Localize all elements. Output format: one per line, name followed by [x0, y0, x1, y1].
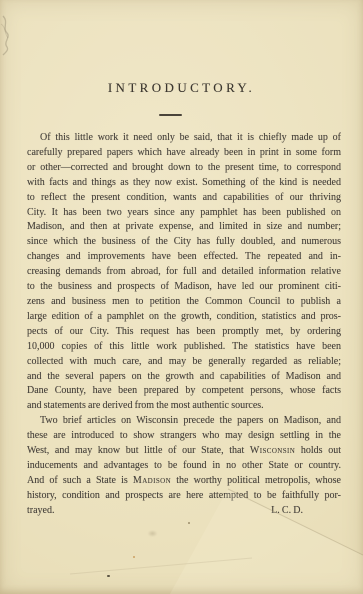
text-line: Madison, and then at private expense, an… — [27, 220, 341, 235]
scan-speck — [107, 575, 110, 577]
text-line: Of this little work it need only be said… — [27, 131, 341, 146]
text-segment: City. It has been two years since any pa… — [27, 207, 341, 218]
text-line: creasing demands from abroad, for full a… — [27, 265, 341, 280]
text-segment: inducements and advantages to be found i… — [27, 460, 341, 471]
text-segment: changes and improvements have been effec… — [27, 251, 341, 262]
text-segment: Dane County, have been prepared by compe… — [27, 385, 341, 396]
paragraph: Of this little work it need only be said… — [27, 131, 341, 414]
text-segment: holds out — [295, 445, 341, 456]
small-caps-word: Wisconsin — [250, 445, 295, 456]
paragraph: Two brief articles on Wisconsin precede … — [27, 414, 341, 518]
book-page: INTRODUCTORY. Of this little work it nee… — [0, 0, 363, 594]
text-segment: to the business and prospects of Madison… — [27, 281, 341, 292]
text-line: with facts and things as they now exist.… — [27, 176, 341, 191]
text-line: since which the business of the City has… — [27, 235, 341, 250]
text-segment: since which the business of the City has… — [27, 236, 341, 247]
text-segment: collected with much care, and may be gen… — [27, 356, 341, 367]
text-line: these are introduced to show strangers w… — [27, 429, 341, 444]
text-line: pects of our City. This request has been… — [27, 325, 341, 340]
text-line: and the several papers on the growth and… — [27, 370, 341, 385]
text-segment: Of this little work it need only be said… — [40, 132, 341, 143]
text-segment: history, condition and prospects are her… — [27, 490, 341, 501]
text-segment: these are introduced to show strangers w… — [27, 430, 341, 441]
text-segment: zens and business men to petition the Co… — [27, 296, 341, 307]
small-caps-word: Madison — [133, 475, 171, 486]
scan-speck — [133, 556, 135, 558]
page-title: INTRODUCTORY. — [0, 80, 363, 96]
text-line: or other—corrected and brought down to t… — [27, 161, 341, 176]
text-line: inducements and advantages to be found i… — [27, 459, 341, 474]
text-line: carefully prepared papers which have alr… — [27, 146, 341, 161]
title-rule — [159, 114, 182, 116]
text-line: large edition of a pamphlet on the growt… — [27, 310, 341, 325]
text-line: zens and business men to petition the Co… — [27, 295, 341, 310]
text-segment: or other—corrected and brought down to t… — [27, 162, 341, 173]
text-line: 10,000 copies of this little work publis… — [27, 340, 341, 355]
text-segment: Madison, and then at private expense, an… — [27, 221, 341, 232]
text-line: and statements are derived from the most… — [27, 399, 341, 414]
text-segment: 10,000 copies of this little work publis… — [27, 341, 341, 352]
text-line: to reflect the present condition, wants … — [27, 191, 341, 206]
text-segment: to reflect the present condition, wants … — [27, 192, 341, 203]
text-segment: and the several papers on the growth and… — [27, 371, 341, 382]
text-segment: And of such a State is — [27, 475, 133, 486]
closing-line: trayed.L. C. D. — [27, 504, 341, 519]
author-initials: L. C. D. — [271, 504, 303, 519]
text-segment: and statements are derived from the most… — [27, 400, 264, 411]
text-line: Two brief articles on Wisconsin precede … — [27, 414, 341, 429]
text-line: City. It has been two years since any pa… — [27, 206, 341, 221]
text-line: West, and may know but little of our Sta… — [27, 444, 341, 459]
text-segment: large edition of a pamphlet on the growt… — [27, 311, 341, 322]
text-segment: Two brief articles on Wisconsin precede … — [40, 415, 341, 426]
scan-smudge — [146, 529, 159, 538]
scan-speck — [188, 522, 190, 524]
text-line: to the business and prospects of Madison… — [27, 280, 341, 295]
text-line: Dane County, have been prepared by compe… — [27, 384, 341, 399]
text-line: And of such a State is Madison the worth… — [27, 474, 341, 489]
text-line: collected with much care, and may be gen… — [27, 355, 341, 370]
text-segment: with facts and things as they now exist.… — [27, 177, 341, 188]
text-segment: creasing demands from abroad, for full a… — [27, 266, 341, 277]
pencil-mark — [0, 0, 40, 60]
closing-text: trayed. — [27, 504, 55, 519]
text-segment: the worthy political metropolis, whose — [171, 475, 341, 486]
page-body: Of this little work it need only be said… — [27, 131, 341, 519]
text-line: history, condition and prospects are her… — [27, 489, 341, 504]
text-segment: West, and may know but little of our Sta… — [27, 445, 250, 456]
text-segment: carefully prepared papers which have alr… — [27, 147, 341, 158]
text-line: changes and improvements have been effec… — [27, 250, 341, 265]
text-segment: pects of our City. This request has been… — [27, 326, 341, 337]
